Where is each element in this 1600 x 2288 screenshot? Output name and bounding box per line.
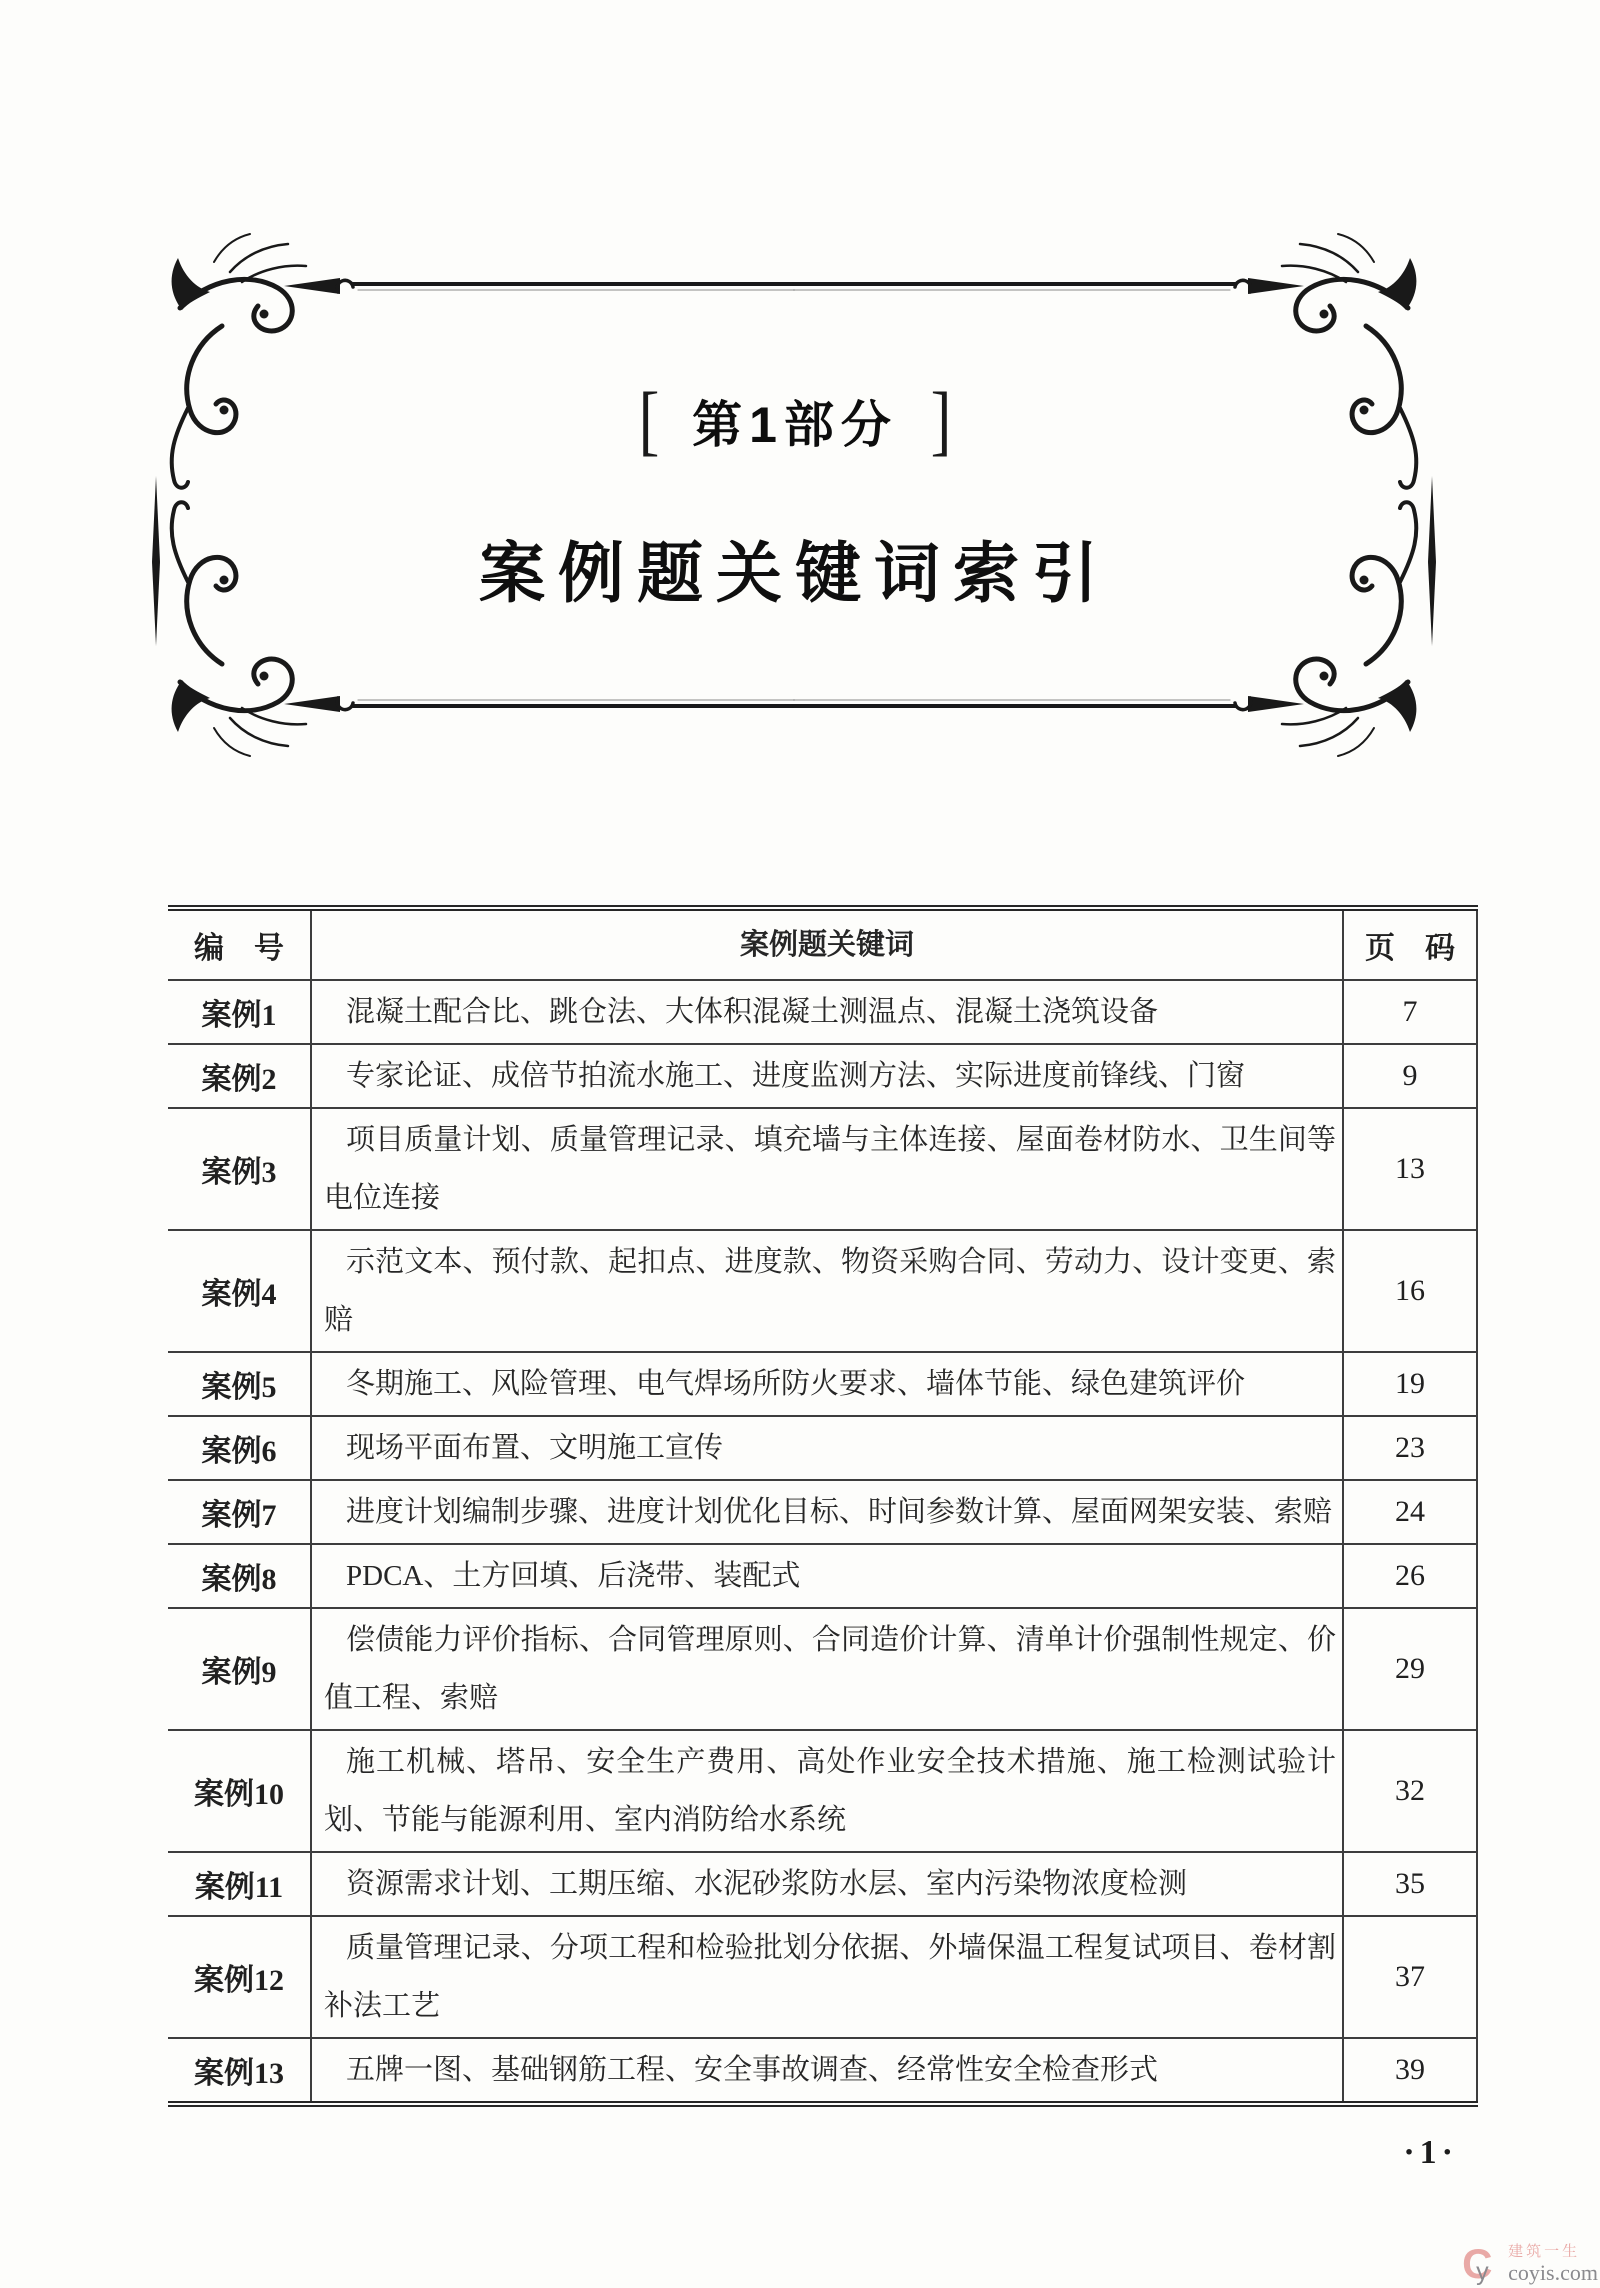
case-keywords: 偿债能力评价指标、合同管理原则、合同造价计算、清单计价强制性规定、价值工程、索赔 xyxy=(311,1608,1343,1730)
case-number: 案例6 xyxy=(168,1416,311,1480)
case-keywords: 质量管理记录、分项工程和检验批划分依据、外墙保温工程复试项目、卷材割补法工艺 xyxy=(311,1916,1343,2038)
case-number: 案例2 xyxy=(168,1044,311,1108)
case-number: 案例12 xyxy=(168,1916,311,2038)
case-keywords: 冬期施工、风险管理、电气焊场所防火要求、墙体节能、绿色建筑评价 xyxy=(311,1352,1343,1416)
keyword-index-table: 编 号 案例题关键词 页 码 案例1 混凝土配合比、跳仓法、大体积混凝土测温点、… xyxy=(168,905,1478,2107)
watermark-brand: 建筑一生 xyxy=(1508,2244,1580,2261)
case-page: 26 xyxy=(1343,1544,1477,1608)
left-bracket: [ xyxy=(639,381,660,459)
header-number: 编 号 xyxy=(168,908,311,980)
table-row: 案例4 示范文本、预付款、起扣点、进度款、物资采购合同、劳动力、设计变更、索赔 … xyxy=(168,1230,1477,1352)
table-row: 案例13 五牌一图、基础钢筋工程、安全事故调查、经常性安全检查形式 39 xyxy=(168,2038,1477,2104)
case-number: 案例8 xyxy=(168,1544,311,1608)
case-page: 29 xyxy=(1343,1608,1477,1730)
folio-page-number: ·1· xyxy=(168,2134,1468,2172)
table-row: 案例3 项目质量计划、质量管理记录、填充墙与主体连接、屋面卷材防水、卫生间等电位… xyxy=(168,1108,1477,1230)
case-page: 16 xyxy=(1343,1230,1477,1352)
case-number: 案例10 xyxy=(168,1730,311,1852)
ornamental-frame xyxy=(138,232,1450,758)
scanned-book-page: [ 第1部分 ] 案例题关键词索引 编 号 案例题关键词 页 码 案例1 混凝土… xyxy=(0,0,1600,2288)
watermark-domain: coyis.com xyxy=(1508,2261,1598,2285)
index-table-body: 案例1 混凝土配合比、跳仓法、大体积混凝土测温点、混凝土浇筑设备 7 案例2 专… xyxy=(168,980,1477,2104)
table-header: 编 号 案例题关键词 页 码 xyxy=(168,908,1477,980)
table-row: 案例2 专家论证、成倍节拍流水施工、进度监测方法、实际进度前锋线、门窗 9 xyxy=(168,1044,1477,1108)
case-number: 案例1 xyxy=(168,980,311,1044)
case-page: 37 xyxy=(1343,1916,1477,2038)
case-page: 23 xyxy=(1343,1416,1477,1480)
part-heading: [ 第1部分 ] xyxy=(140,378,1450,462)
case-number: 案例7 xyxy=(168,1480,311,1544)
case-keywords: 资源需求计划、工期压缩、水泥砂浆防水层、室内污染物浓度检测 xyxy=(311,1852,1343,1916)
case-number: 案例3 xyxy=(168,1108,311,1230)
watermark: C y 建筑一生 coyis.com xyxy=(1462,2244,1598,2288)
case-keywords: 专家论证、成倍节拍流水施工、进度监测方法、实际进度前锋线、门窗 xyxy=(311,1044,1343,1108)
case-number: 案例11 xyxy=(168,1852,311,1916)
header-keywords: 案例题关键词 xyxy=(311,908,1343,980)
case-keywords: 混凝土配合比、跳仓法、大体积混凝土测温点、混凝土浇筑设备 xyxy=(311,980,1343,1044)
case-keywords: 进度计划编制步骤、进度计划优化目标、时间参数计算、屋面网架安装、索赔 xyxy=(311,1480,1343,1544)
case-keywords: PDCA、土方回填、后浇带、装配式 xyxy=(311,1544,1343,1608)
table-row: 案例9 偿债能力评价指标、合同管理原则、合同造价计算、清单计价强制性规定、价值工… xyxy=(168,1608,1477,1730)
case-keywords: 示范文本、预付款、起扣点、进度款、物资采购合同、劳动力、设计变更、索赔 xyxy=(311,1230,1343,1352)
table-row: 案例1 混凝土配合比、跳仓法、大体积混凝土测温点、混凝土浇筑设备 7 xyxy=(168,980,1477,1044)
table-row: 案例8 PDCA、土方回填、后浇带、装配式 26 xyxy=(168,1544,1477,1608)
case-number: 案例4 xyxy=(168,1230,311,1352)
table-row: 案例11 资源需求计划、工期压缩、水泥砂浆防水层、室内污染物浓度检测 35 xyxy=(168,1852,1477,1916)
header-page: 页 码 xyxy=(1343,908,1477,980)
case-page: 39 xyxy=(1343,2038,1477,2104)
coyis-logo-icon: C y xyxy=(1462,2244,1502,2288)
case-keywords: 施工机械、塔吊、安全生产费用、高处作业安全技术措施、施工检测试验计划、节能与能源… xyxy=(311,1730,1343,1852)
case-page: 32 xyxy=(1343,1730,1477,1852)
case-number: 案例5 xyxy=(168,1352,311,1416)
table-row: 案例7 进度计划编制步骤、进度计划优化目标、时间参数计算、屋面网架安装、索赔 2… xyxy=(168,1480,1477,1544)
table-row: 案例10 施工机械、塔吊、安全生产费用、高处作业安全技术措施、施工检测试验计划、… xyxy=(168,1730,1477,1852)
table-row: 案例5 冬期施工、风险管理、电气焊场所防火要求、墙体节能、绿色建筑评价 19 xyxy=(168,1352,1477,1416)
case-number: 案例13 xyxy=(168,2038,311,2104)
case-page: 7 xyxy=(1343,980,1477,1044)
case-page: 35 xyxy=(1343,1852,1477,1916)
table-row: 案例6 现场平面布置、文明施工宣传 23 xyxy=(168,1416,1477,1480)
case-keywords: 五牌一图、基础钢筋工程、安全事故调查、经常性安全检查形式 xyxy=(311,2038,1343,2104)
table-header-row: 编 号 案例题关键词 页 码 xyxy=(168,908,1477,980)
case-page: 24 xyxy=(1343,1480,1477,1544)
case-keywords: 项目质量计划、质量管理记录、填充墙与主体连接、屋面卷材防水、卫生间等电位连接 xyxy=(311,1108,1343,1230)
case-number: 案例9 xyxy=(168,1608,311,1730)
case-page: 13 xyxy=(1343,1108,1477,1230)
page-title: 案例题关键词索引 xyxy=(140,520,1450,615)
case-keywords: 现场平面布置、文明施工宣传 xyxy=(311,1416,1343,1480)
logo-letter-y: y xyxy=(1476,2260,1489,2285)
table-row: 案例12 质量管理记录、分项工程和检验批划分依据、外墙保温工程复试项目、卷材割补… xyxy=(168,1916,1477,2038)
watermark-text: 建筑一生 coyis.com xyxy=(1508,2244,1598,2288)
case-page: 19 xyxy=(1343,1352,1477,1416)
right-bracket: ] xyxy=(931,381,952,459)
part-label: 第1部分 xyxy=(692,383,898,457)
case-page: 9 xyxy=(1343,1044,1477,1108)
